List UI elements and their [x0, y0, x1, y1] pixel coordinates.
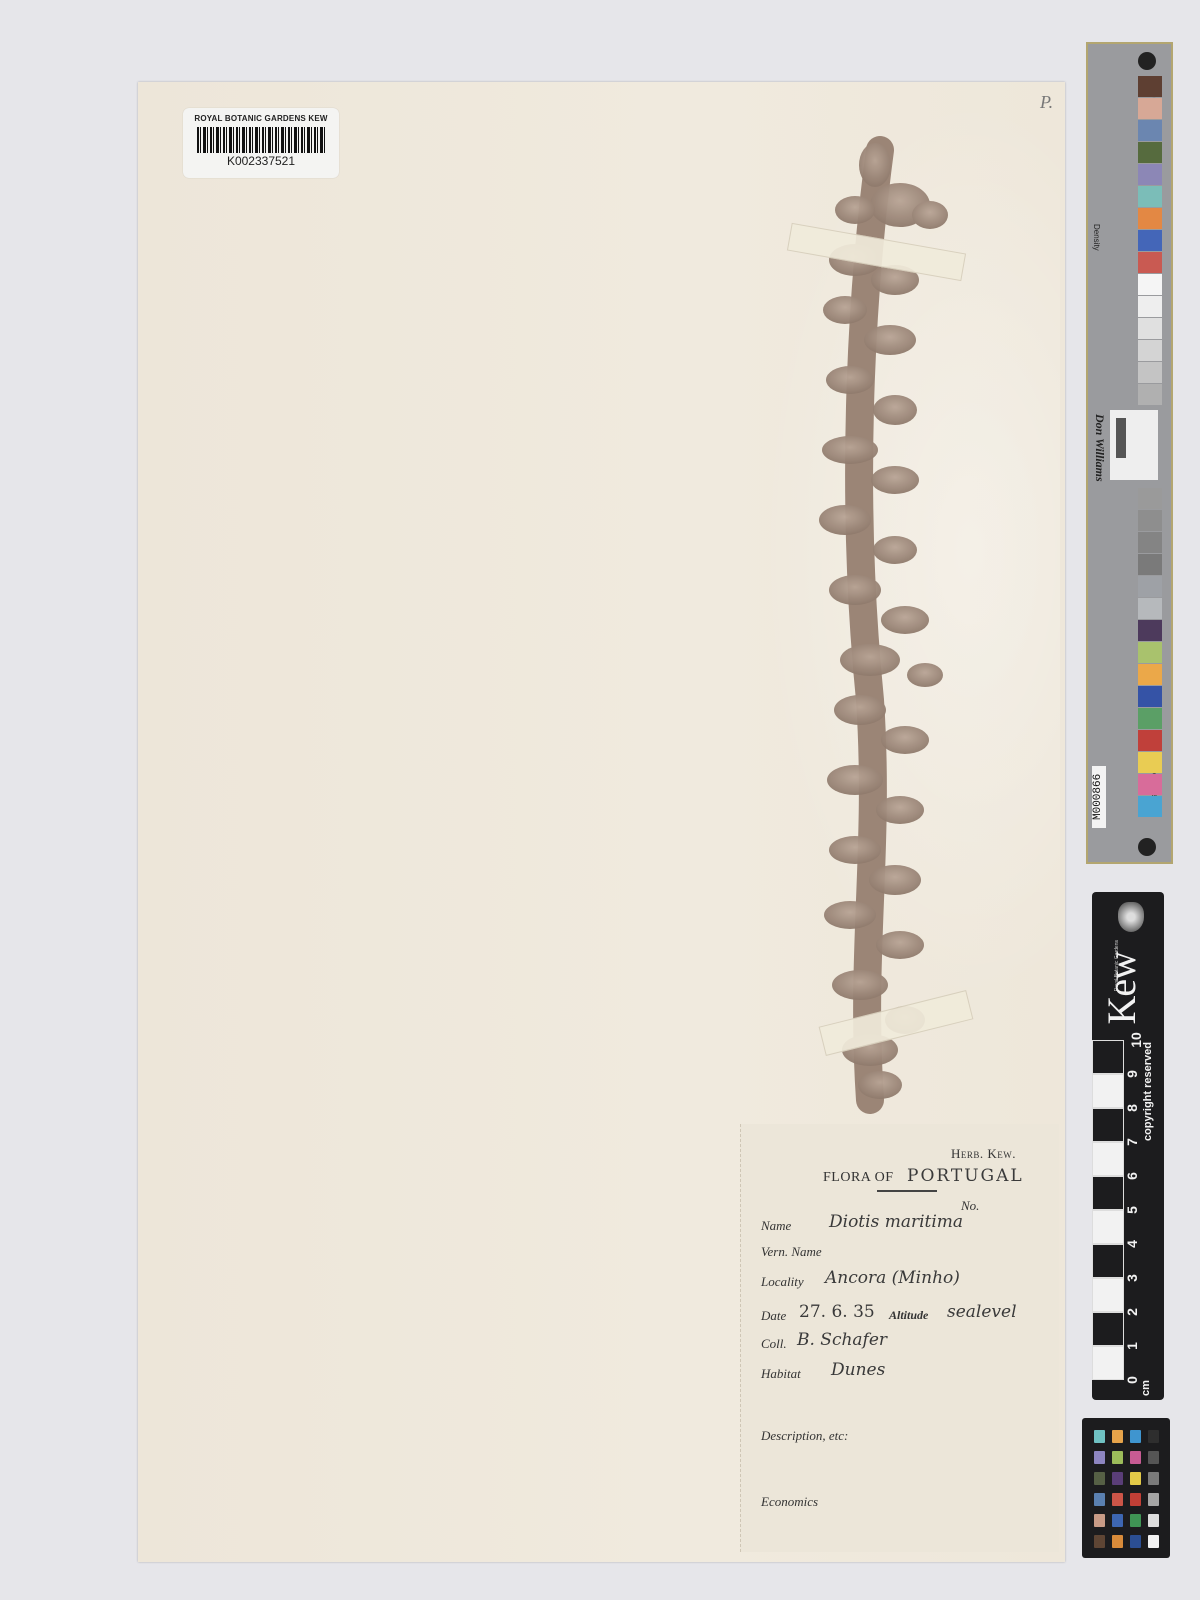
cm-number: 9 [1124, 1070, 1140, 1078]
color-patch [1112, 1514, 1123, 1527]
kew-crest-icon [1118, 902, 1144, 932]
color-patch [1130, 1451, 1141, 1464]
altitude-value: sealevel [947, 1302, 1017, 1322]
color-patch [1112, 1535, 1123, 1548]
cm-number: 1 [1124, 1342, 1140, 1350]
cm-number: 7 [1124, 1138, 1140, 1146]
cm-number: 5 [1124, 1206, 1140, 1214]
gray-scale-target [1110, 410, 1158, 480]
locality-value: Ancora (Minho) [825, 1268, 960, 1288]
color-patch [1112, 1451, 1123, 1464]
color-swatch [1138, 296, 1162, 317]
color-swatch [1138, 76, 1162, 97]
habitat-label: Habitat [761, 1366, 801, 1382]
kew-logo: Kew [1098, 952, 1145, 1025]
cm-number: 0 [1124, 1376, 1140, 1384]
color-swatch [1138, 532, 1162, 553]
color-swatch [1138, 708, 1162, 729]
herb-kew-header: Herb. Kew. [951, 1146, 1016, 1162]
cm-number: 3 [1124, 1274, 1140, 1282]
color-patch [1148, 1493, 1159, 1506]
cm-segment [1092, 1346, 1124, 1380]
color-swatch [1138, 488, 1162, 509]
color-patch [1130, 1493, 1141, 1506]
cm-number: 8 [1124, 1104, 1140, 1112]
cm-segment [1092, 1040, 1124, 1074]
color-patch [1094, 1493, 1105, 1506]
color-patch [1112, 1430, 1123, 1443]
flora-of-value: PORTUGAL [907, 1166, 1024, 1186]
color-checker-card [1082, 1418, 1170, 1558]
date-value: 27. 6. 35 [799, 1302, 875, 1322]
color-swatch [1138, 98, 1162, 119]
color-patch [1130, 1514, 1141, 1527]
color-swatch [1138, 510, 1162, 531]
color-patch [1130, 1430, 1141, 1443]
color-calibration-ruler: inches centimeters Density Don Williams … [1086, 42, 1173, 864]
color-swatch [1138, 318, 1162, 339]
number-label: No. [961, 1198, 979, 1214]
color-patch [1094, 1514, 1105, 1527]
cm-segment [1092, 1108, 1124, 1142]
altitude-label: Altitude [889, 1308, 928, 1323]
collector-label: Coll. [761, 1336, 787, 1352]
kew-scale-ruler: Royal Botanic Gardens Kew 012345678910 c… [1092, 892, 1164, 1400]
title-underline [877, 1190, 937, 1192]
color-swatch [1138, 554, 1162, 575]
flora-of-label: FLORA OF [823, 1170, 894, 1186]
color-swatch [1138, 730, 1162, 751]
color-patch [1094, 1451, 1105, 1464]
color-swatch [1138, 620, 1162, 641]
ruler-hole-top [1138, 52, 1156, 70]
copyright-text: copyright reserved [1142, 1042, 1154, 1141]
collector-value: B. Schafer [797, 1330, 887, 1350]
cm-segment [1092, 1074, 1124, 1108]
color-patch [1148, 1535, 1159, 1548]
locality-label: Locality [761, 1274, 804, 1290]
ruler-hole-bottom [1138, 838, 1156, 856]
cm-segment [1092, 1244, 1124, 1278]
brand-label: Don Williams [1092, 414, 1107, 482]
color-swatch [1138, 642, 1162, 663]
date-label: Date [761, 1308, 786, 1324]
cm-segment [1092, 1312, 1124, 1346]
color-patch [1148, 1451, 1159, 1464]
color-swatch [1138, 252, 1162, 273]
cm-unit-label: cm [1140, 1380, 1152, 1396]
color-patch [1112, 1472, 1123, 1485]
color-patch [1130, 1472, 1141, 1485]
color-swatch [1138, 576, 1162, 597]
name-value: Diotis maritima [829, 1212, 963, 1232]
cm-segment [1092, 1176, 1124, 1210]
cm-segment [1092, 1210, 1124, 1244]
color-swatch [1138, 752, 1162, 773]
cm-scale: 012345678910 [1092, 1040, 1124, 1390]
cm-number: 2 [1124, 1308, 1140, 1316]
color-swatch [1138, 686, 1162, 707]
vern-name-label: Vern. Name [761, 1244, 822, 1260]
cm-segment [1092, 1278, 1124, 1312]
density-label: Density [1092, 224, 1101, 251]
ruler-id: M000866 [1092, 766, 1106, 828]
name-label: Name [761, 1218, 791, 1234]
color-swatch [1138, 230, 1162, 251]
color-swatch [1138, 384, 1162, 405]
color-patch [1094, 1472, 1105, 1485]
color-swatch [1138, 774, 1162, 795]
herbarium-label: Herb. Kew. FLORA OF PORTUGAL No. Name Di… [740, 1124, 1059, 1552]
color-swatch [1138, 796, 1162, 817]
color-swatch [1138, 164, 1162, 185]
color-swatch [1138, 664, 1162, 685]
color-patch [1130, 1535, 1141, 1548]
habitat-value: Dunes [831, 1360, 885, 1380]
cm-number: 4 [1124, 1240, 1140, 1248]
color-patch [1094, 1535, 1105, 1548]
color-patch [1148, 1472, 1159, 1485]
color-swatch [1138, 340, 1162, 361]
color-patch [1148, 1514, 1159, 1527]
color-swatch [1138, 186, 1162, 207]
color-swatch [1138, 598, 1162, 619]
color-patch [1148, 1430, 1159, 1443]
color-swatch [1138, 274, 1162, 295]
color-patch [1094, 1430, 1105, 1443]
description-label: Description, etc: [761, 1428, 848, 1444]
color-swatch [1138, 208, 1162, 229]
cm-segment [1092, 1142, 1124, 1176]
color-patch [1112, 1493, 1123, 1506]
color-swatch [1138, 362, 1162, 383]
economics-label: Economics [761, 1494, 818, 1510]
cm-number: 6 [1124, 1172, 1140, 1180]
color-swatch [1138, 142, 1162, 163]
color-swatch [1138, 120, 1162, 141]
